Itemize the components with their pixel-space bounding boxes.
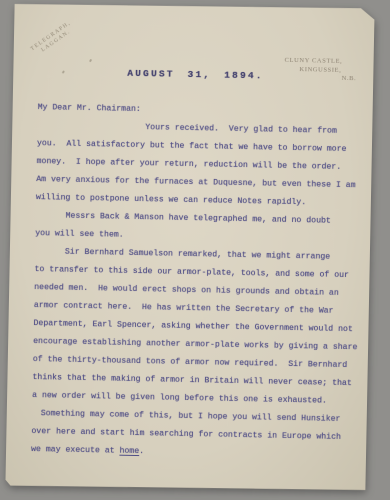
letterhead-line: N.B. [284,74,356,84]
ink-speck [62,70,65,74]
underlined-word: home [119,447,139,456]
letter-page: TELEGRAPH, LAGGAN. AUGUST 31, 1894. CLUN… [5,2,374,493]
letter-date: AUGUST 31, 1894. [127,68,264,82]
letter-body: My Dear Mr. Chairman:Yours received. Ver… [31,99,363,465]
telegraph-stamp: TELEGRAPH, LAGGAN. [30,20,77,59]
ink-speck [89,59,92,63]
letterhead-line: CLUNY CASTLE, [285,57,357,67]
letterhead-address: CLUNY CASTLE, KINGUSSIE, N.B. [284,57,356,84]
paper-sheet: TELEGRAPH, LAGGAN. AUGUST 31, 1894. CLUN… [5,2,374,493]
